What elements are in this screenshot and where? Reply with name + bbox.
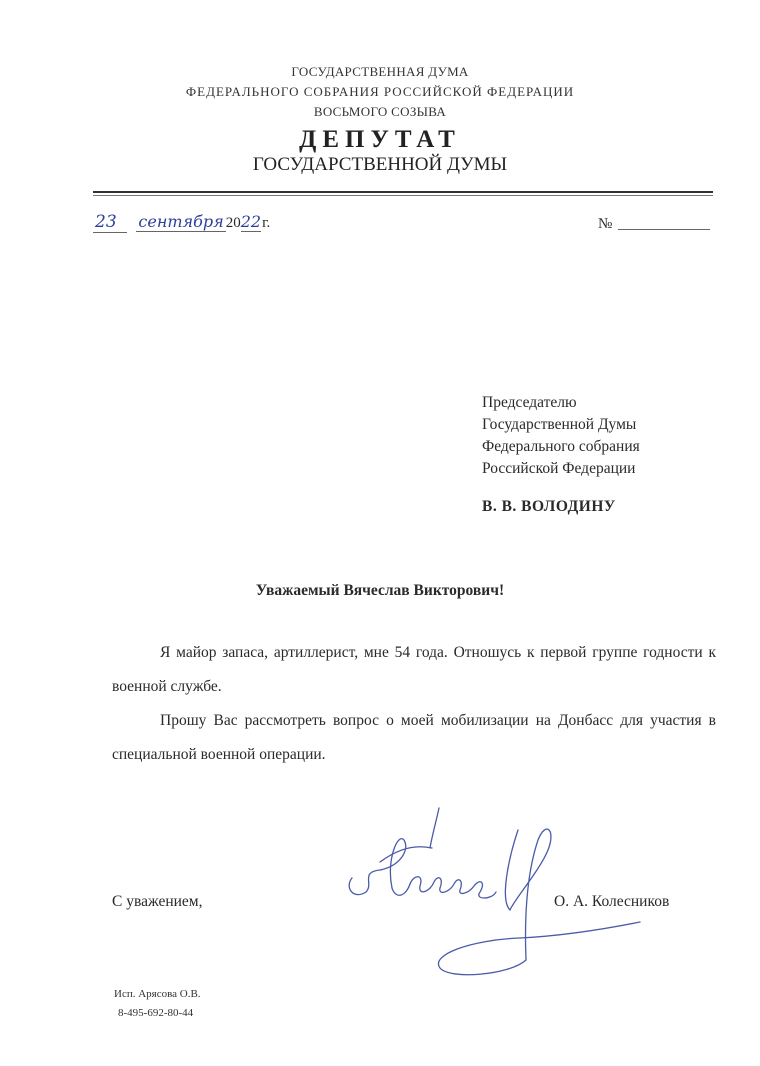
date-day: 23 [93, 212, 127, 233]
addressee-line: Председателю [482, 392, 640, 414]
closing: С уважением, [112, 893, 203, 911]
signatory-name: О. А. Колесников [554, 893, 669, 911]
number-label: № [598, 216, 612, 232]
body-paragraph-1: Я майор запаса, артиллерист, мне 54 года… [112, 636, 716, 704]
addressee-line: Государственной Думы [482, 414, 640, 436]
executor-phone: 8-495-692-80-44 [118, 1007, 193, 1019]
letterhead-line-2: ФЕДЕРАЛЬНОГО СОБРАНИЯ РОССИЙСКОЙ ФЕДЕРАЦ… [0, 84, 760, 100]
date-line: 23 сентября2022г. [93, 212, 270, 232]
date-month: сентября [136, 212, 225, 232]
date-year-suffix: 22 [241, 212, 261, 232]
addressee-block: Председателю Государственной Думы Федера… [482, 392, 640, 518]
header-divider-bottom [93, 195, 713, 196]
executor-name: Исп. Арясова О.В. [114, 988, 201, 1000]
header-divider-top [93, 191, 713, 193]
letterhead-line-1: ГОСУДАРСТВЕННАЯ ДУМА [0, 64, 760, 80]
addressee-line: Российской Федерации [482, 458, 640, 480]
salutation: Уважаемый Вячеслав Викторович! [0, 582, 760, 600]
date-year-prefix: 20 [226, 215, 241, 231]
number-field [618, 229, 710, 230]
document-number: № [598, 216, 710, 233]
addressee-name: В. В. ВОЛОДИНУ [482, 496, 640, 518]
letterhead-title: ДЕПУТАТ [0, 126, 760, 154]
letterhead-line-3: ВОСЬМОГО СОЗЫВА [0, 104, 760, 120]
body-paragraph-2: Прошу Вас рассмотреть вопрос о моей моби… [112, 704, 716, 772]
date-suffix: г. [262, 215, 270, 231]
letterhead-subtitle: ГОСУДАРСТВЕННОЙ ДУМЫ [0, 154, 760, 176]
addressee-line: Федерального собрания [482, 436, 640, 458]
